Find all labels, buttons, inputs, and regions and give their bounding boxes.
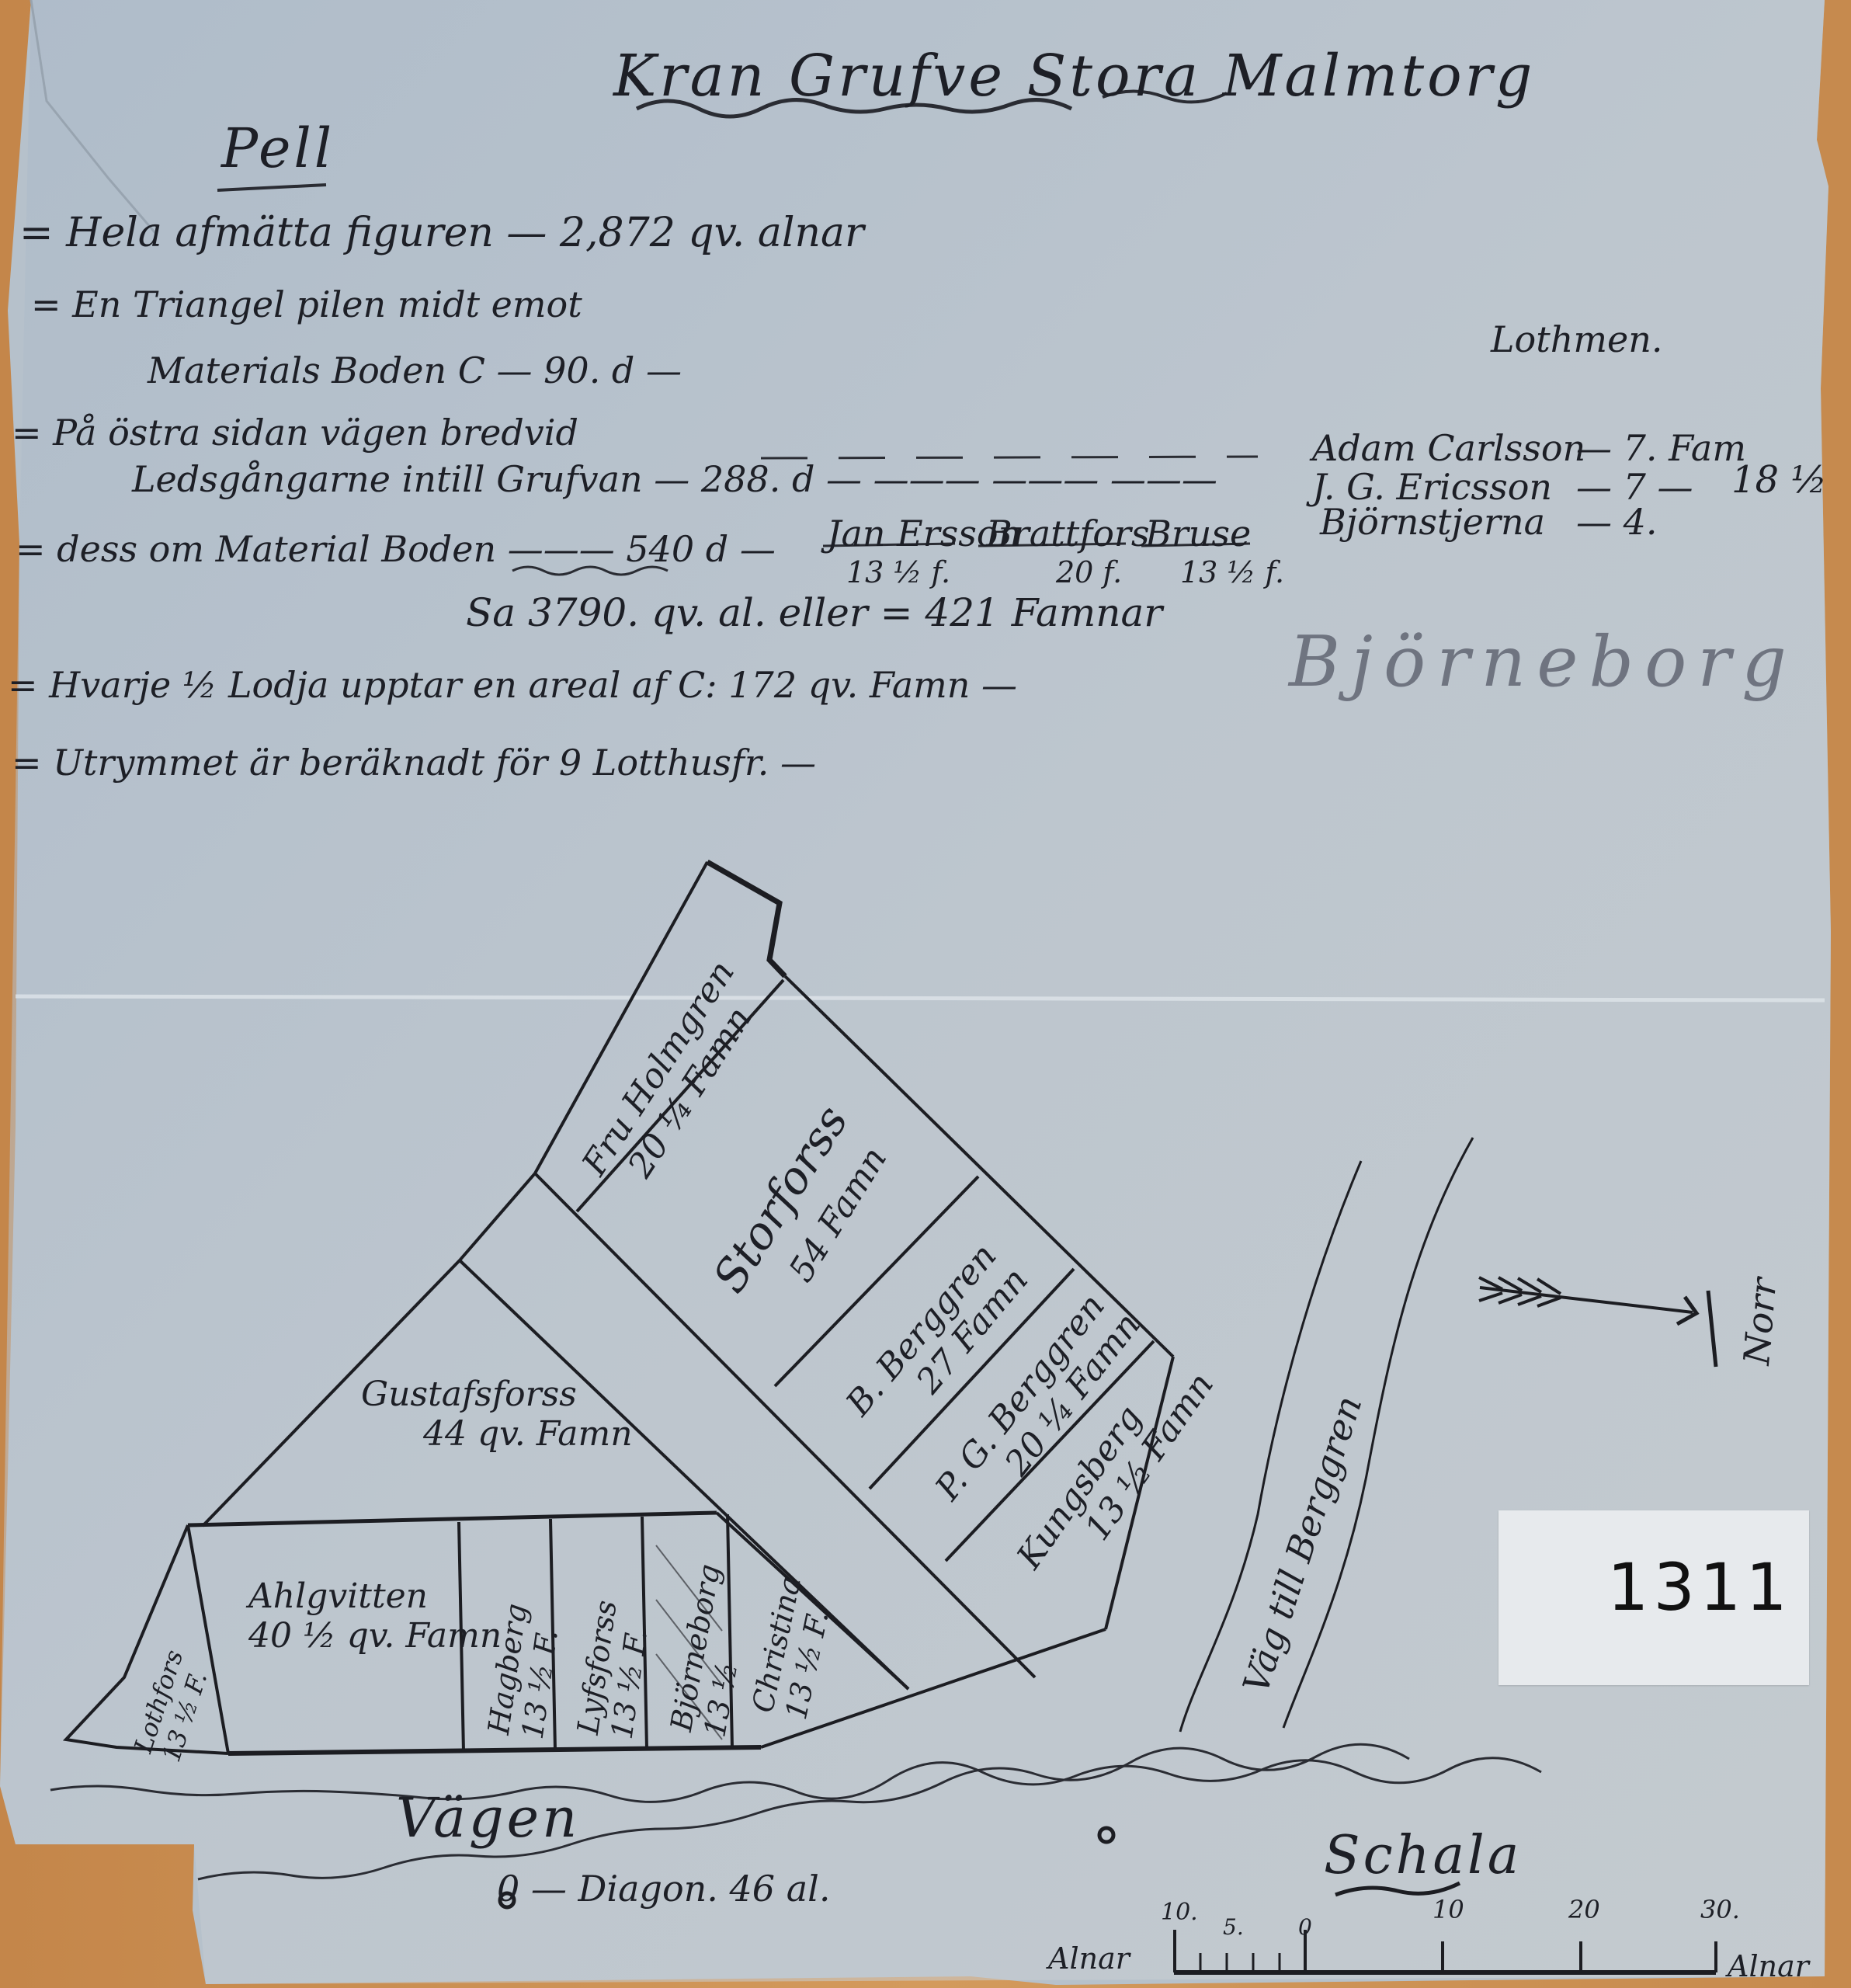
right-entry-name: Björnstjerna	[1320, 501, 1545, 543]
scale-tick: 10.	[1161, 1899, 1198, 1926]
plot-label: Gustafsforss44 qv. Famn	[361, 1375, 633, 1454]
scale-tick: 30.	[1700, 1895, 1740, 1924]
note-line: = En Triangel pilen midt emot	[31, 283, 582, 325]
right-entry-value: — 7. Fam	[1576, 427, 1746, 469]
owner-share: 13 ½ f.	[846, 555, 950, 589]
scale-tick: 10	[1433, 1895, 1464, 1924]
road-label: Vägen	[396, 1786, 580, 1850]
diagonal-note: 0 — Diagon. 46 al.	[497, 1868, 830, 1910]
right-total: 18 ½	[1731, 458, 1827, 502]
owner-share: 20 f.	[1056, 555, 1122, 589]
scale-tick: 20	[1568, 1895, 1600, 1924]
note-line: = Hvarje ½ Lodja upptar en areal af C: 1…	[8, 664, 1017, 706]
note-line: = Utrymmet är beräknadt för 9 Lotthusfr.…	[12, 742, 816, 784]
note-line: Materials Boden C — 90. d —	[148, 349, 682, 391]
right-heading: Lothmen.	[1491, 318, 1662, 360]
note-line: = dess om Material Boden ——— 540 d —	[16, 528, 776, 570]
note-line: = Hela afmätta figuren — 2,872 qv. alnar	[19, 210, 864, 256]
catalog-number: 1311	[1607, 1549, 1792, 1625]
owner-name: Brattfors	[986, 513, 1150, 554]
right-entry-name: Adam Carlsson	[1312, 427, 1585, 469]
scale-tick: 0	[1298, 1914, 1312, 1940]
owner-name: Bruse	[1145, 513, 1251, 554]
scale-title: Schala	[1324, 1825, 1522, 1886]
scale-tick: 5.	[1223, 1914, 1244, 1940]
note-line: Ledsgångarne intill Grufvan — 288. d — —…	[132, 458, 1217, 500]
right-entry-value: — 4.	[1576, 501, 1658, 543]
north-label: Norr	[1735, 1276, 1785, 1366]
scale-unit-right: Alnar	[1728, 1949, 1809, 1983]
document-title: Kran Grufve Stora Malmtorg	[613, 43, 1535, 109]
catalog-label: 1311	[1499, 1510, 1809, 1685]
note-sum: Sa 3790. qv. al. eller = 421 Famnar	[466, 590, 1162, 635]
plot-label: Ahlgvitten40 ½ qv. Famn	[248, 1576, 502, 1656]
pencil-note: Björneborg	[1289, 621, 1797, 703]
note-line: = På östra sidan vägen bredvid	[12, 412, 578, 454]
scale-unit-left: Alnar	[1048, 1941, 1130, 1976]
notes-heading: Pell	[221, 116, 335, 180]
owner-share: 13 ½ f.	[1180, 555, 1284, 589]
